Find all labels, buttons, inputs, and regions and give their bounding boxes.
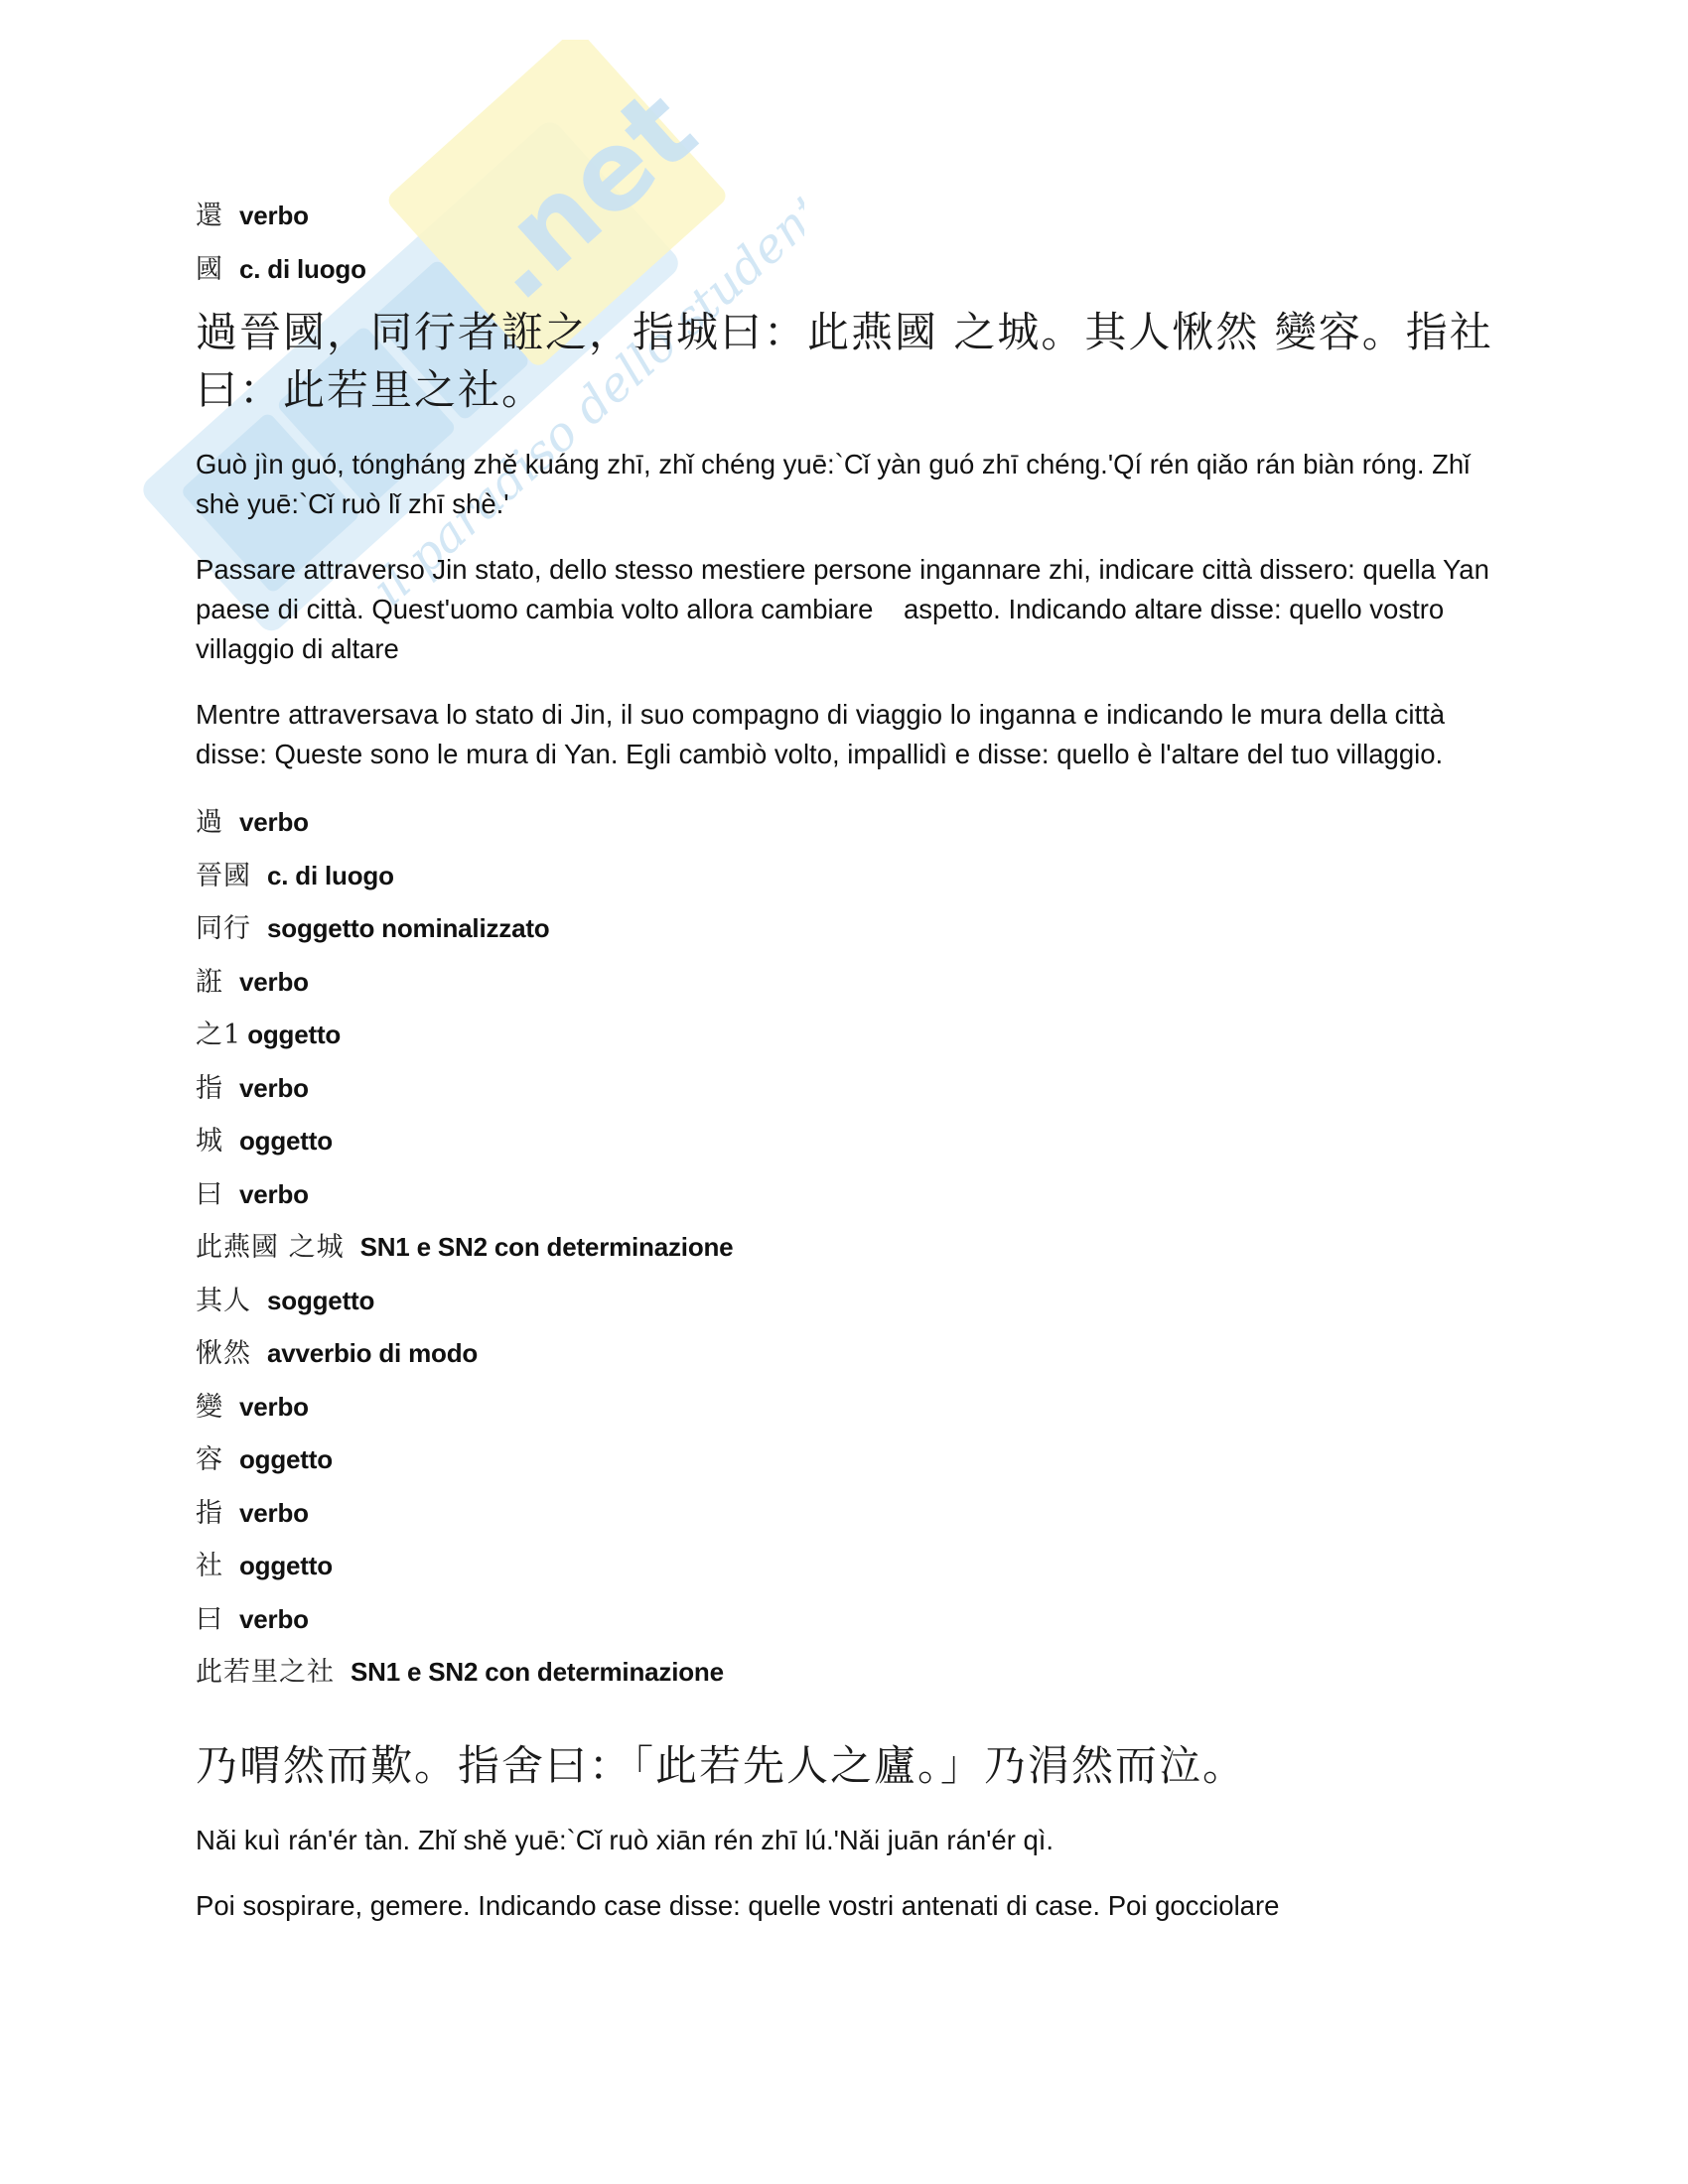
gloss-chinese: 國: [196, 247, 223, 286]
gloss-chinese: 其人: [196, 1279, 251, 1317]
gloss-role: verbo: [239, 201, 309, 231]
gloss-role: SN1 e SN2 con determinazione: [351, 1657, 724, 1688]
gloss-role: SN1 e SN2 con determinazione: [360, 1232, 734, 1263]
gloss-chinese: 之1: [196, 1013, 241, 1051]
gloss-item: 還 verbo: [196, 194, 1496, 247]
gloss-item: 此燕國 之城SN1 e SN2 con determinazione: [196, 1225, 1496, 1279]
gloss-role: verbo: [239, 807, 309, 838]
gloss-role: c. di luogo: [239, 254, 366, 285]
document-body: 還 verbo 國 c. di luogo 過晉國，同行者誑之，指城曰：此燕國 …: [196, 194, 1496, 1926]
gloss-item: 社oggetto: [196, 1544, 1496, 1597]
gloss-role: verbo: [239, 1179, 309, 1210]
gloss-role: oggetto: [239, 1444, 333, 1475]
gloss-list-1: 過verbo 晉國c. di luogo 同行soggetto nominali…: [196, 800, 1496, 1704]
classical-chinese-passage-1: 過晉國，同行者誑之，指城曰：此燕國 之城。其人愀然 變容。指社曰：此若里之社。: [196, 304, 1496, 419]
gloss-chinese: 容: [196, 1437, 223, 1476]
gloss-chinese: 指: [196, 1066, 223, 1105]
gloss-chinese: 指: [196, 1491, 223, 1530]
pinyin-passage-1: Guò jìn guó, tóngháng zhě kuáng zhī, zhǐ…: [196, 445, 1496, 524]
gloss-role: verbo: [239, 1073, 309, 1104]
pinyin-passage-2: Nǎi kuì rán'ér tàn. Zhǐ shě yuē:`Cǐ ruò …: [196, 1821, 1496, 1860]
gloss-item: 曰verbo: [196, 1597, 1496, 1651]
gloss-role: oggetto: [239, 1551, 333, 1581]
gloss-chinese: 曰: [196, 1172, 223, 1211]
gloss-item: 過verbo: [196, 800, 1496, 854]
gloss-item: 指verbo: [196, 1491, 1496, 1545]
gloss-role: oggetto: [247, 1020, 341, 1050]
gloss-item: 其人soggetto: [196, 1279, 1496, 1332]
gloss-role: verbo: [239, 1604, 309, 1635]
gloss-item: 同行soggetto nominalizzato: [196, 906, 1496, 960]
gloss-chinese: 此燕國 之城: [196, 1225, 345, 1264]
gloss-chinese: 社: [196, 1544, 223, 1582]
document-page: .net il paradiso dello studente 還 verbo …: [0, 0, 1688, 2184]
gloss-chinese: 變: [196, 1385, 223, 1424]
gloss-chinese: 城: [196, 1119, 223, 1158]
gloss-role: verbo: [239, 1498, 309, 1529]
gloss-item: 國 c. di luogo: [196, 247, 1496, 301]
gloss-item: 變verbo: [196, 1385, 1496, 1438]
gloss-chinese: 過: [196, 800, 223, 839]
gloss-chinese: 愀然: [196, 1331, 251, 1370]
gloss-role: oggetto: [239, 1126, 333, 1157]
gloss-chinese: 此若里之社: [196, 1650, 335, 1689]
gloss-role: soggetto: [267, 1286, 374, 1316]
literal-translation-2: Poi sospirare, gemere. Indicando case di…: [196, 1886, 1496, 1926]
gloss-chinese: 還: [196, 194, 223, 232]
gloss-role: soggetto nominalizzato: [267, 913, 549, 944]
gloss-role: verbo: [239, 1392, 309, 1423]
gloss-item: 愀然avverbio di modo: [196, 1331, 1496, 1385]
gloss-item: 指verbo: [196, 1066, 1496, 1120]
gloss-chinese: 晉國: [196, 854, 251, 892]
gloss-chinese: 同行: [196, 906, 251, 945]
translation-1: Mentre attraversava lo stato di Jin, il …: [196, 695, 1496, 774]
top-gloss-list: 還 verbo 國 c. di luogo: [196, 194, 1496, 300]
gloss-item: 城oggetto: [196, 1119, 1496, 1172]
gloss-chinese: 曰: [196, 1597, 223, 1636]
gloss-role: verbo: [239, 967, 309, 998]
gloss-role: avverbio di modo: [267, 1338, 478, 1369]
gloss-role: c. di luogo: [267, 861, 394, 891]
gloss-chinese: 誑: [196, 960, 223, 999]
gloss-item: 此若里之社SN1 e SN2 con determinazione: [196, 1650, 1496, 1704]
gloss-item: 之1oggetto: [196, 1013, 1496, 1066]
gloss-item: 誑verbo: [196, 960, 1496, 1014]
gloss-item: 容oggetto: [196, 1437, 1496, 1491]
gloss-item: 曰verbo: [196, 1172, 1496, 1226]
classical-chinese-passage-2: 乃喟然而歎。指舍曰：「此若先人之廬。」乃涓然而泣。: [196, 1737, 1496, 1795]
literal-translation-1: Passare attraverso Jin stato, dello stes…: [196, 550, 1496, 669]
gloss-item: 晉國c. di luogo: [196, 854, 1496, 907]
